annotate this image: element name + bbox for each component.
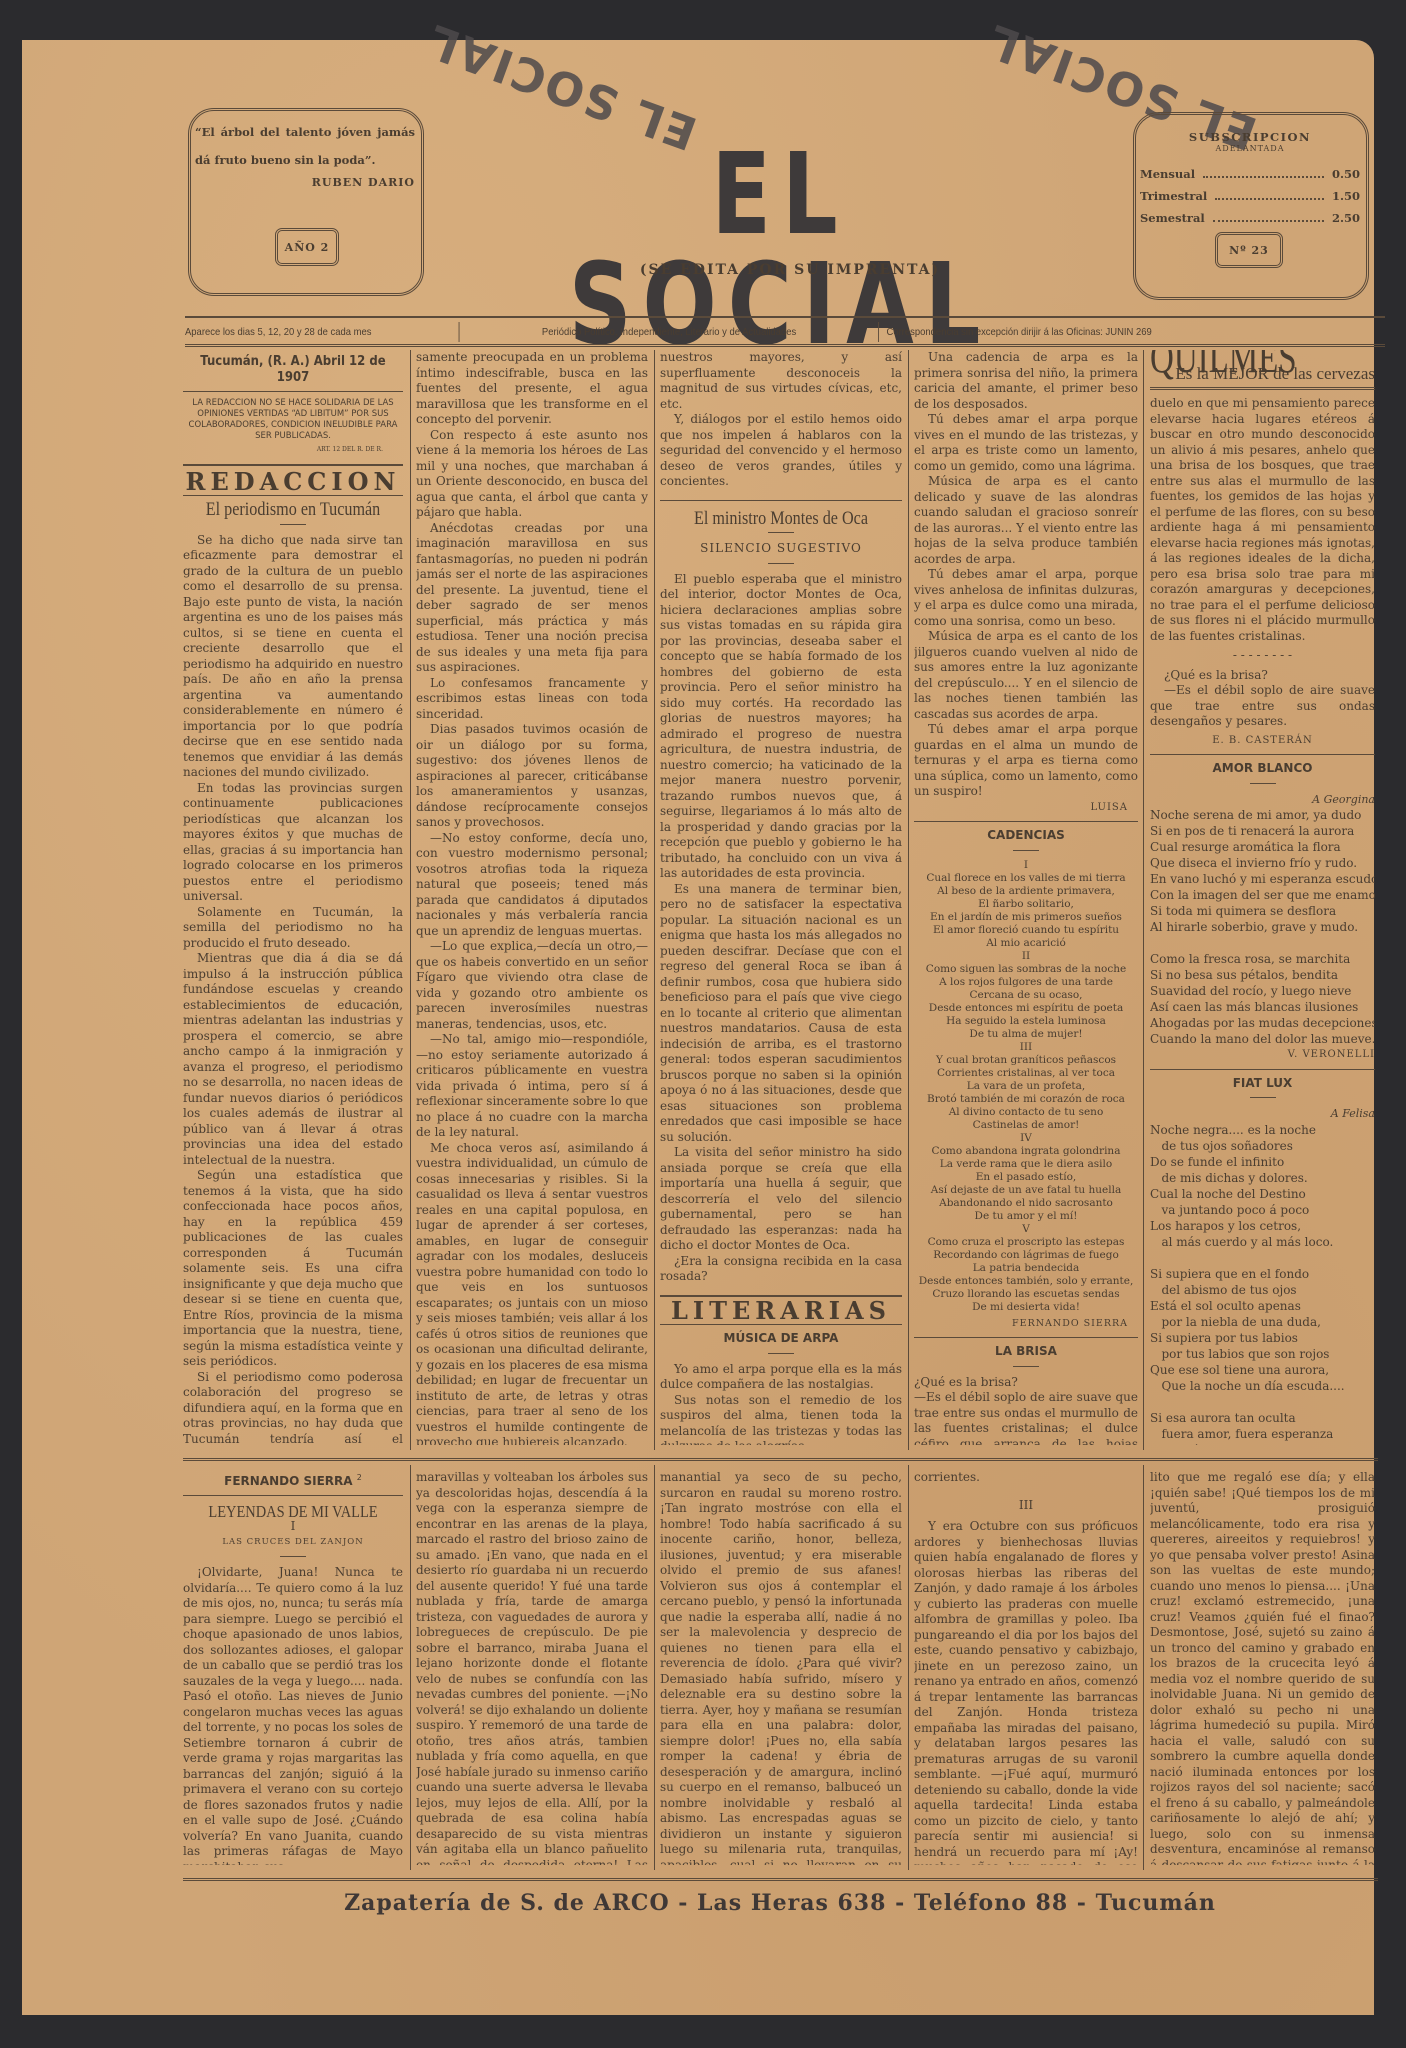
poem-line: por la niebla de una duda,	[1150, 1314, 1375, 1330]
poem-line: Do se funde el infinito	[1150, 1154, 1375, 1170]
poem-line: Está el sol oculto apenas	[1150, 1298, 1375, 1314]
masthead-subtitle: (SE EDITA POR SU IMPRENTA)	[560, 262, 1020, 278]
poem-line: Que diseca el invierno frío y rudo.	[1150, 855, 1375, 871]
article-paragraph: —Es el débil soplo de aire suave que tra…	[1150, 683, 1375, 730]
column-rule	[410, 350, 411, 1450]
disclaimer-reference: ART. 12 DEL R. DE R.	[183, 442, 403, 458]
column-rule	[908, 350, 909, 1450]
story-text: manantial ya seco de su pecho, surcaron …	[660, 1470, 902, 1865]
price-label: Mensual	[1140, 163, 1195, 185]
year-badge: AÑO 2	[275, 228, 339, 266]
article-paragraph: Es una manera de terminar bien, pero no …	[660, 882, 902, 1146]
signature: FERNANDO SIERRA	[914, 1316, 1138, 1332]
editorial-disclaimer: LA REDACCION NO SE HACE SOLIDARIA DE LAS…	[183, 398, 403, 442]
column-rule	[1143, 350, 1144, 1450]
poem-line: Si supiera que en el fondo	[1150, 1266, 1375, 1282]
poem-line: Al beso de la ardiente primavera,	[914, 885, 1138, 898]
article-paragraph: Si el periodismo como poderosa colaborac…	[183, 1370, 403, 1446]
poem-line: del abismo de tus ojos	[1150, 1282, 1375, 1298]
poem-line: La verde rama que le diera asilo	[914, 1158, 1138, 1171]
article-paragraph: Me choca veros así, asimilando á vuestra…	[416, 1141, 648, 1446]
article-paragraph: samente preocupada en un problema íntimo…	[416, 350, 648, 428]
lower-column-3: manantial ya seco de su pecho, surcaron …	[660, 1470, 902, 1865]
article-title: LA BRISA	[914, 1344, 1138, 1360]
poem-line: Brotó también de mi corazón de roca	[914, 1093, 1138, 1106]
lower-column-2: maravillas y volteaban los árboles sus y…	[416, 1470, 648, 1865]
poem-line: Que la noche un día escuda....	[1150, 1378, 1375, 1394]
signature: E. B. CASTERÁN	[1150, 733, 1375, 749]
article-paragraph: ¿Qué es la brisa?	[1150, 668, 1375, 684]
poem-line: Cual florece en los valles de mi tierra	[914, 872, 1138, 885]
poem-line: De mi desierta vida!	[914, 1301, 1138, 1314]
poem-line: Oh! diría que mis penas	[1150, 1442, 1375, 1446]
column-5: QUILMES Es la MEJOR de las cervezas duel…	[1150, 350, 1375, 1445]
poem-line: IV	[914, 1132, 1138, 1145]
article-paragraph: Una cadencia de arpa es la primera sonri…	[914, 350, 1138, 412]
article-paragraph: Anécdotas creadas por una imaginación ma…	[416, 521, 648, 676]
price-value: 2.50	[1332, 207, 1360, 229]
poem-line: Que ese sol tiene una aurora,	[1150, 1362, 1375, 1378]
story-text: corrientes.	[914, 1470, 1138, 1486]
story-author: FERNANDO SIERRA 2	[183, 1470, 403, 1490]
poem-line: El ñarbo solitario,	[914, 898, 1138, 911]
divider	[183, 1878, 1378, 1881]
section-heading: LITERARIAS	[660, 1303, 902, 1319]
poem-line: Suavidad del rocío, y luego nieve	[1150, 983, 1375, 999]
correspondence-address: Correspondencia sin excepción dirijir á …	[879, 322, 1265, 342]
poem-line: III	[914, 1041, 1138, 1054]
poem-line: Corrientes cristalinas, al ver toca	[914, 1067, 1138, 1080]
article-paragraph: ¿Era la consigna recibida en la casa ros…	[660, 1254, 902, 1285]
poem-line: Como la fresca rosa, se marchita	[1150, 951, 1375, 967]
poem-line: Desde entonces mi espíritu de poeta	[914, 1002, 1138, 1015]
poem-line: Castinelas de amor!	[914, 1119, 1138, 1132]
poem-line: Los harapos y los cetros,	[1150, 1218, 1375, 1234]
signature: LUISA	[914, 800, 1138, 816]
subscription-row: Trimestral1.50	[1140, 185, 1360, 207]
poem-line: Ahogadas por las mudas decepciones	[1150, 1015, 1375, 1031]
poem-line: Si esa aurora tan oculta	[1150, 1410, 1375, 1426]
poem-line: Cuando la mano del dolor las mueve.	[1150, 1031, 1375, 1047]
poem-line: Recordando con lágrimas de fuego	[914, 1249, 1138, 1262]
article-paragraph: Tú debes amar el arpa, porque vives anhe…	[914, 567, 1138, 629]
poem-line: Noche serena de mi amor, ya dudo	[1150, 807, 1375, 823]
ad-brand: QUILMES	[1150, 350, 1319, 366]
article-paragraph: El pueblo esperaba que el ministro del i…	[660, 572, 902, 882]
article-paragraph: Se ha dicho que nada sirve tan eficazmen…	[183, 533, 403, 781]
lower-column-4: corrientes. III Y era Octubre con sus pr…	[914, 1470, 1138, 1865]
article-paragraph: Mientras que dia á dia se dá impulso á l…	[183, 951, 403, 1168]
article-paragraph: La visita del señor ministro ha sido ans…	[660, 1145, 902, 1254]
poem-line: Cual resurge aromática la flora	[1150, 839, 1375, 855]
header-quote: “El árbol del talento jóven jamás dá fru…	[195, 118, 415, 192]
subscription-row: Mensual0.50	[1140, 163, 1360, 185]
poem-title: AMOR BLANCO	[1150, 761, 1375, 777]
article-title: El periodismo en Tucumán	[200, 502, 387, 518]
story-text: lito que me regaló ese día; y ella ¡quié…	[1150, 1470, 1375, 1865]
subscription-subtitle: ADELANTADA	[1140, 144, 1360, 153]
story-text: maravillas y volteaban los árboles sus y…	[416, 1470, 648, 1865]
article-paragraph: —Lo que explica,—decía un otro,—que os h…	[416, 939, 648, 1032]
signature: V. VERONELLI	[1150, 1047, 1375, 1063]
column-rule	[654, 350, 655, 1450]
article-paragraph: —No tal, amigo mio—respondióle,—no estoy…	[416, 1032, 648, 1141]
poem-line: Como siguen las sombras de la noche	[914, 963, 1138, 976]
subscription-title: SUBSCRIPCION	[1140, 130, 1360, 144]
story-text: ¡Olvidarte, Juana! Nunca te olvidaría...…	[183, 1565, 403, 1865]
article-paragraph: Música de arpa es el canto delicado y su…	[914, 474, 1138, 567]
price-label: Semestral	[1140, 207, 1205, 229]
poem-title: FIAT LUX	[1150, 1076, 1375, 1092]
lower-column-5: lito que me regaló ese día; y ella ¡quié…	[1150, 1470, 1375, 1865]
quote-author: RUBEN DARIO	[195, 174, 415, 192]
poem-line: Al mio acarició	[914, 937, 1138, 950]
poem-line: Como cruza el proscripto las estepas	[914, 1236, 1138, 1249]
article-paragraph: Dias pasados tuvimos ocasión de oir un d…	[416, 722, 648, 831]
poem-line: En vano luchó y mi esperanza escudo	[1150, 871, 1375, 887]
poem-line: Si en pos de ti renacerá la aurora	[1150, 823, 1375, 839]
poem-line: Cual la noche del Destino	[1150, 1186, 1375, 1202]
dateline: Tucumán, (R. A.) Abril 12 de 1907	[194, 354, 392, 385]
price-value: 1.50	[1332, 185, 1360, 207]
article-paragraph: Solamente en Tucumán, la semilla del per…	[183, 905, 403, 952]
article-subtitle: SILENCIO SUGESTIVO	[660, 541, 902, 557]
article-paragraph: Tú debes amar el arpa porque vives en el…	[914, 412, 1138, 474]
section-heading: REDACCION	[183, 474, 403, 490]
poem-dedication: A Georgina	[1150, 792, 1375, 808]
poem-line: Al hirarle soberbio, grave y mudo.	[1150, 919, 1375, 935]
poem-line: V	[914, 1223, 1138, 1236]
poem-line: Así caen las más blancas ilusiones	[1150, 999, 1375, 1015]
divider	[185, 316, 1385, 318]
poem-line: II	[914, 950, 1138, 963]
poem-body: Noche serena de mi amor, ya dudoSi en po…	[1150, 807, 1375, 1047]
article-paragraph: Con respecto á este asunto nos viene á l…	[416, 428, 648, 521]
column-4: Una cadencia de arpa es la primera sonri…	[914, 350, 1138, 1445]
article-paragraph: —Es el débil soplo de aire suave que tra…	[914, 1390, 1138, 1445]
poem-line: Si supiera por tus labios	[1150, 1330, 1375, 1346]
poem-body: ICual florece en los valles de mi tierra…	[914, 859, 1138, 1314]
divider	[183, 1458, 1378, 1461]
poem-line: Como abandona ingrata golondrina	[914, 1145, 1138, 1158]
poem-line: Si toda mi quimera se desflora	[1150, 903, 1375, 919]
article-paragraph: ¿Qué es la brisa?	[914, 1375, 1138, 1391]
poem-line: de mis dichas y dolores.	[1150, 1170, 1375, 1186]
poem-dedication: A Felisa	[1150, 1106, 1375, 1122]
article-paragraph: Tú debes amar el arpa porque guardas en …	[914, 722, 1138, 800]
story-text: Y era Octubre con sus próficuos ardores …	[914, 1519, 1138, 1865]
poem-line	[1150, 935, 1375, 951]
poem-line: fuera amor, fuera esperanza	[1150, 1426, 1375, 1442]
lower-column-1: FERNANDO SIERRA 2 LEYENDAS DE MI VALLE I…	[183, 1470, 403, 1865]
price-label: Trimestral	[1140, 185, 1207, 207]
divider	[185, 344, 1385, 347]
info-strip: Aparece los dias 5, 12, 20 y 28 de cada …	[185, 322, 1265, 342]
article-title: El ministro Montes de Oca	[678, 511, 884, 527]
article-paragraph: —No estoy conforme, decía uno, con vuest…	[416, 831, 648, 940]
article-paragraph: Sus notas son el remedio de los suspiros…	[660, 1393, 902, 1446]
poem-line: El amor floreció cuando tu espíritu	[914, 924, 1138, 937]
column-2: samente preocupada en un problema íntimo…	[416, 350, 648, 1445]
article-paragraph: Yo amo el arpa porque ella es la más dul…	[660, 1362, 902, 1393]
poem-line: Si no besa sus pétalos, bendita	[1150, 967, 1375, 983]
chapter-numeral: III	[914, 1498, 1138, 1514]
poem-line: La patria bendecida	[914, 1262, 1138, 1275]
article-paragraph: duelo en que mi pensamiento parece eleva…	[1150, 396, 1375, 644]
poem-line: A los rojos fulgores de una tarde	[914, 976, 1138, 989]
publication-days: Aparece los dias 5, 12, 20 y 28 de cada …	[185, 322, 459, 342]
periodical-type: Periódico Político, Independiente, Liter…	[459, 322, 880, 342]
subscription-row: Semestral2.50	[1140, 207, 1360, 229]
poem-body: Noche negra.... es la noche de tus ojos …	[1150, 1122, 1375, 1446]
poem-line: La vara de un profeta,	[914, 1080, 1138, 1093]
article-paragraph: Lo confesamos francamente y escribimos e…	[416, 676, 648, 723]
poem-line: al más cuerdo y al más loco.	[1150, 1234, 1375, 1250]
poem-line: Ha seguido la estela luminosa	[914, 1015, 1138, 1028]
poem-line: Cruzo llorando las escuetas sendas	[914, 1288, 1138, 1301]
poem-line: De tu alma de mujer!	[914, 1028, 1138, 1041]
poem-line: Y cual brotan graníticos peñascos	[914, 1054, 1138, 1067]
article-title: MÚSICA DE ARPA	[660, 1331, 902, 1347]
poem-line: va juntando poco á poco	[1150, 1202, 1375, 1218]
article-paragraph: Según una estadística que tenemos á la v…	[183, 1168, 403, 1370]
story-title: LEYENDAS DE MI VALLE	[200, 1504, 387, 1520]
quote-text: “El árbol del talento jóven jamás dá fru…	[195, 125, 415, 167]
poem-line: En el pasado estío,	[914, 1171, 1138, 1184]
issue-badge: Nº 23	[1215, 232, 1283, 268]
poem-line: Así dejaste de un ave fatal tu huella	[914, 1184, 1138, 1197]
chapter-title: LAS CRUCES DEL ZANJON	[183, 1535, 403, 1551]
article-paragraph: Y, diálogos por el estilo hemos oido que…	[660, 412, 902, 490]
poem-line	[1150, 1250, 1375, 1266]
poem-line: En el jardín de mis primeros sueños	[914, 911, 1138, 924]
poem-line: Con la imagen del ser que me enamora	[1150, 887, 1375, 903]
chapter-numeral: I	[183, 1519, 403, 1535]
poem-line: I	[914, 859, 1138, 872]
poem-line: Al divino contacto de tu seno	[914, 1106, 1138, 1119]
price-value: 0.50	[1332, 163, 1360, 185]
article-paragraph: En todas las provincias surgen continuam…	[183, 781, 403, 905]
poem-line: Noche negra.... es la noche	[1150, 1122, 1375, 1138]
article-paragraph: nuestros mayores, y así superfluamente d…	[660, 350, 902, 412]
subscription-panel: SUBSCRIPCION ADELANTADA Mensual0.50 Trim…	[1140, 130, 1360, 229]
poem-line: De tu amor y el mí!	[914, 1210, 1138, 1223]
poem-line: Cercana de su ocaso,	[914, 989, 1138, 1002]
poem-line: de tus ojos soñadores	[1150, 1138, 1375, 1154]
poem-line: por tus labios que son rojos	[1150, 1346, 1375, 1362]
poem-line: Desde entonces también, solo y errante,	[914, 1275, 1138, 1288]
poem-title: CADENCIAS	[914, 828, 1138, 844]
poem-line: Abandonando el nido sacrosanto	[914, 1197, 1138, 1210]
footer-advertisement: Zapatería de S. de ARCO - Las Heras 638 …	[300, 1890, 1260, 1916]
column-1: Tucumán, (R. A.) Abril 12 de 1907 LA RED…	[183, 350, 403, 1445]
article-paragraph: Música de arpa es el canto de los jilgue…	[914, 629, 1138, 722]
poem-line	[1150, 1394, 1375, 1410]
column-3: nuestros mayores, y así superfluamente d…	[660, 350, 902, 1445]
